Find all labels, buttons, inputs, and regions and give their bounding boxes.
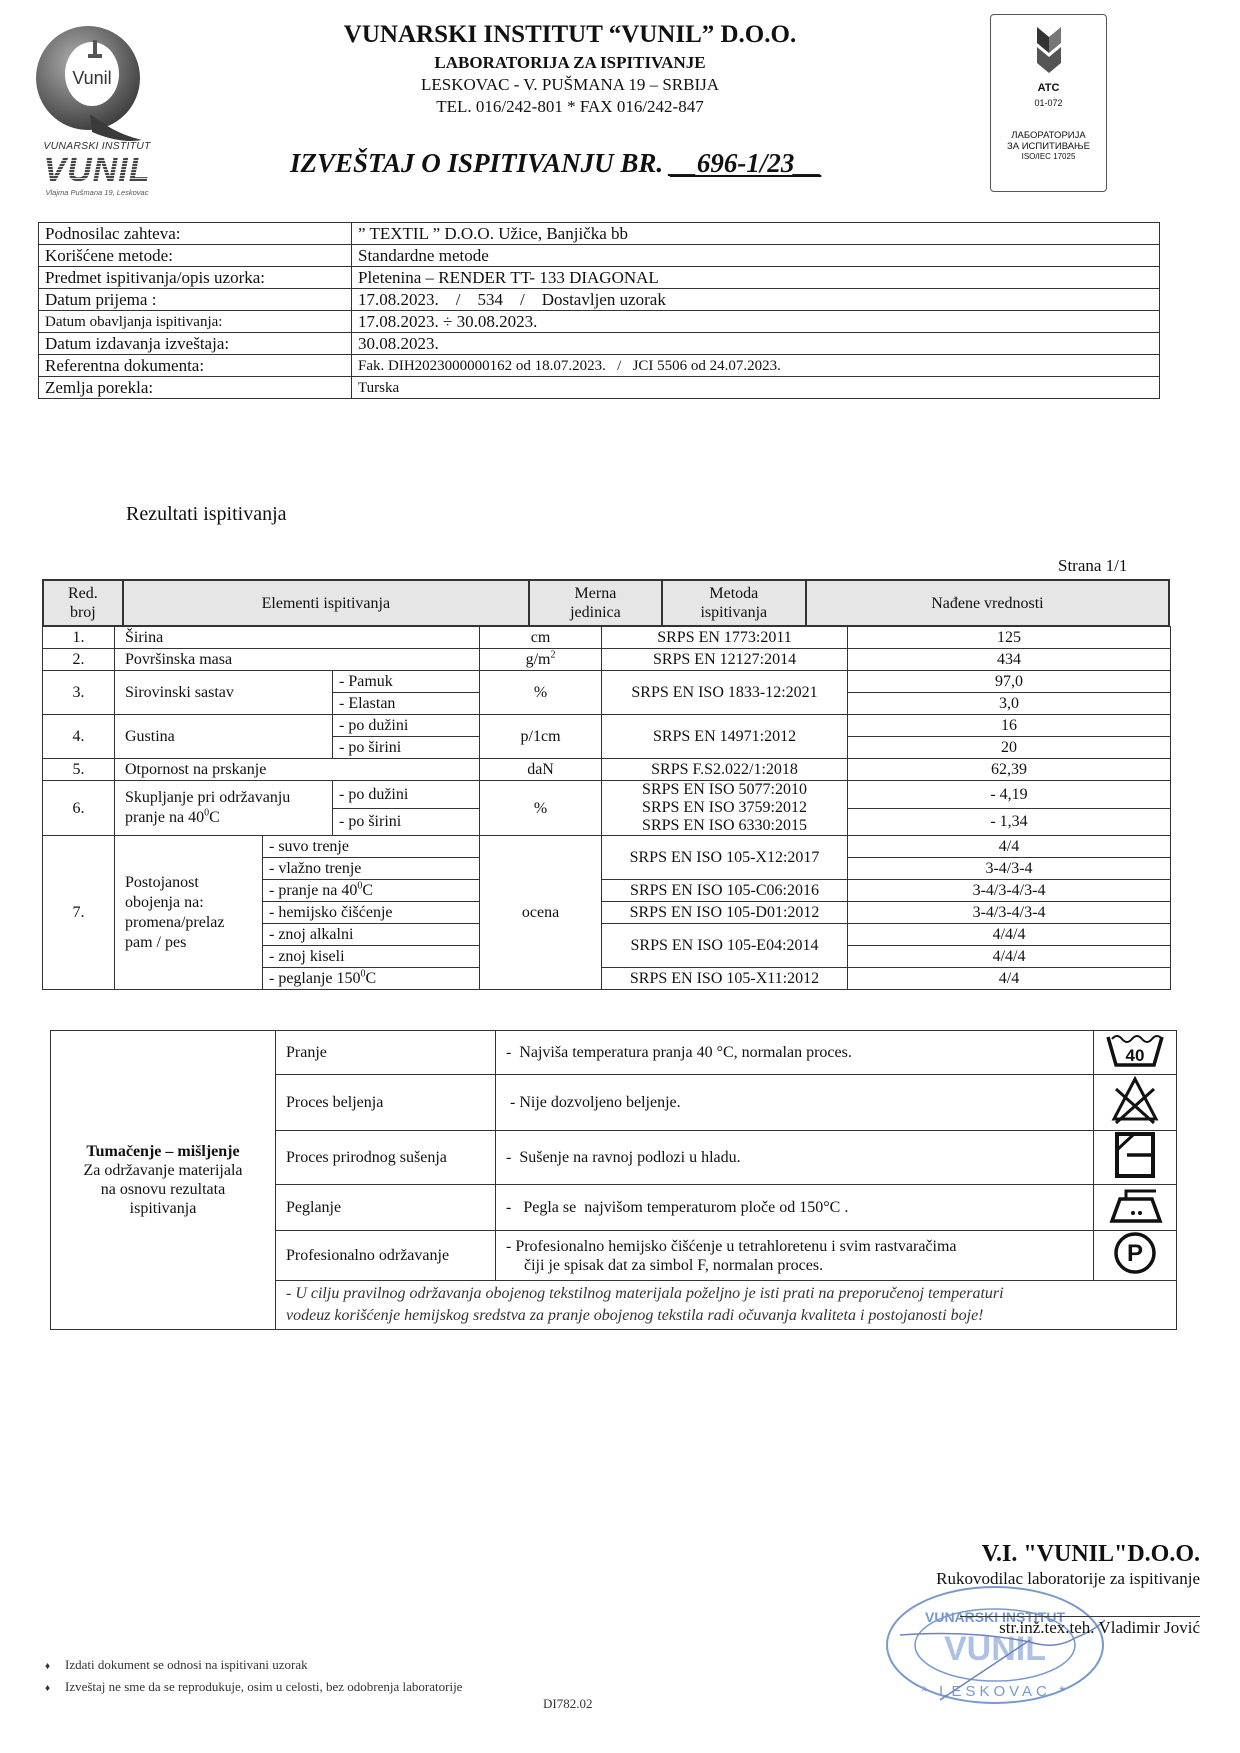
row-element: Skupljanje pri održavanjupranje na 400C — [115, 781, 333, 836]
result-row-7: 7. Postojanostobojenja na:promena/prelaz… — [43, 836, 1171, 858]
organization-phone: TEL. 016/242-801 * FAX 016/242-847 — [250, 96, 890, 118]
accreditation-label: ATC — [991, 82, 1106, 94]
report-title-prefix: IZVEŠTAJ O ISPITIVANJU BR. — [290, 148, 670, 178]
info-row: Datum prijema : 17.08.2023. / 534 / Dost… — [39, 289, 1160, 311]
row-unit: % — [480, 781, 602, 836]
care-category: Proces beljenja — [276, 1075, 496, 1131]
sample-info-table: Podnosilac zahteva: ” TEXTIL ” D.O.O. Už… — [38, 222, 1160, 399]
no-bleach-icon — [1094, 1075, 1177, 1131]
row-value: 4/4/4 — [848, 924, 1171, 946]
signatory-name: str.inž.tex.teh. Vladimir Jović — [870, 1617, 1200, 1639]
footer-note: ♦Izveštaj ne sme da se reprodukuje, osim… — [30, 1677, 462, 1699]
iron-medium-icon — [1094, 1185, 1177, 1231]
result-row-3: 3. Sirovinski sastav - Pamuk % SRPS EN I… — [43, 671, 1171, 693]
row-value: 3-4/3-4/3-4 — [848, 880, 1171, 902]
care-category: Profesionalno održavanje — [276, 1231, 496, 1281]
row-unit: cm — [480, 627, 602, 649]
letterhead: VUNARSKI INSTITUT “VUNIL” D.O.O. LABORAT… — [250, 20, 890, 118]
accreditation-line1: ЛАБОРАТОРИЈА — [991, 130, 1106, 141]
care-instruction: - Pegla se najvišom temperaturom ploče o… — [496, 1185, 1094, 1231]
logo-vunil-wordmark: VUNIL — [32, 152, 162, 188]
svg-text:P: P — [1127, 1240, 1143, 1267]
organization-name: VUNARSKI INSTITUT “VUNIL” D.O.O. — [250, 20, 890, 50]
row-element: Površinska masa — [115, 649, 480, 671]
result-row-4: 4. Gustina - po dužini p/1cm SRPS EN 149… — [43, 715, 1171, 737]
laboratory-name: LABORATORIJA ZA ISPITIVANJE — [250, 52, 890, 74]
care-row-washing: Tumačenje – mišljenje Za održavanje mate… — [51, 1031, 1177, 1075]
info-value: ” TEXTIL ” D.O.O. Užice, Banjička bb — [352, 223, 1160, 245]
row-value: 20 — [848, 737, 1171, 759]
col-header-value: Nađene vrednosti — [806, 580, 1169, 626]
info-row: Zemlja porekla: Turska — [39, 377, 1160, 399]
report-title: IZVEŠTAJ O ISPITIVANJU BR. __696-1/23__ — [290, 148, 821, 179]
row-no: 1. — [43, 627, 115, 649]
row-value: 4/4 — [848, 968, 1171, 990]
row-sub-element: - znoj kiseli — [263, 946, 480, 968]
signature-role: Rukovodilac laboratorije za ispitivanje — [870, 1568, 1200, 1590]
row-no: 6. — [43, 781, 115, 836]
row-element: Gustina — [115, 715, 333, 759]
page-number: Strana 1/1 — [1058, 556, 1127, 576]
vunil-text-logo: VUNARSKI INSTITUT VUNIL Vlajma Pušmana 1… — [32, 140, 162, 197]
care-instruction: - Nije dozvoljeno beljenje. — [496, 1075, 1094, 1131]
care-instruction: - Profesionalno hemijsko čišćenje u tetr… — [496, 1231, 1094, 1281]
diamond-bullet-icon: ♦ — [30, 1679, 65, 1699]
row-no: 7. — [43, 836, 115, 990]
atc-logo-icon — [1029, 23, 1069, 75]
accreditation-line2: ЗА ИСПИТИВАЊЕ — [991, 141, 1106, 152]
info-label: Podnosilac zahteva: — [39, 223, 352, 245]
results-table-body: 1. Širina cm SRPS EN 1773:2011 125 2. Po… — [42, 626, 1171, 990]
row-method: SRPS EN 14971:2012 — [602, 715, 848, 759]
accreditation-badge: ATC 01-072 ЛАБОРАТОРИЈА ЗА ИСПИТИВАЊЕ IS… — [990, 14, 1107, 192]
info-row: Datum izdavanja izveštaja: 30.08.2023. — [39, 333, 1160, 355]
info-value: 30.08.2023. — [352, 333, 1160, 355]
row-method: SRPS EN ISO 1833-12:2021 — [602, 671, 848, 715]
row-sub-element: - hemijsko čišćenje — [263, 902, 480, 924]
footer-notes: ♦Izdati dokument se odnosi na ispitivani… — [30, 1655, 462, 1699]
interpretation-summary: Tumačenje – mišljenje Za održavanje mate… — [51, 1031, 276, 1330]
row-sub-element: - Elastan — [333, 693, 480, 715]
results-header-row: Red.broj Elementi ispitivanja Mernajedin… — [43, 580, 1169, 626]
col-header-element: Elementi ispitivanja — [123, 580, 529, 626]
row-sub-element: - pranje na 400C — [263, 880, 480, 902]
row-no: 4. — [43, 715, 115, 759]
col-header-method: Metodaispitivanja — [662, 580, 806, 626]
row-method: SRPS EN ISO 105-E04:2014 — [602, 924, 848, 968]
row-element: Širina — [115, 627, 480, 649]
row-unit: ocena — [480, 836, 602, 990]
svg-text:40: 40 — [1126, 1046, 1145, 1065]
row-no: 5. — [43, 759, 115, 781]
care-category: Peglanje — [276, 1185, 496, 1231]
col-header-no: Red.broj — [43, 580, 123, 626]
footer-note: ♦Izdati dokument se odnosi na ispitivani… — [30, 1655, 462, 1677]
row-method: SRPS EN ISO 105-X11:2012 — [602, 968, 848, 990]
care-category: Proces prirodnog sušenja — [276, 1131, 496, 1185]
row-sub-element: - vlažno trenje — [263, 858, 480, 880]
info-label: Referentna dokumenta: — [39, 355, 352, 377]
row-method: SRPS F.S2.022/1:2018 — [602, 759, 848, 781]
row-value: - 4,19 — [848, 781, 1171, 809]
row-method: SRPS EN ISO 105-C06:2016 — [602, 880, 848, 902]
result-row-6: 6. Skupljanje pri održavanjupranje na 40… — [43, 781, 1171, 809]
row-value: 3-4/3-4 — [848, 858, 1171, 880]
results-table: Red.broj Elementi ispitivanja Mernajedin… — [42, 579, 1170, 627]
row-element: Postojanostobojenja na:promena/prelazpam… — [115, 836, 263, 990]
care-instruction: - Najviša temperatura pranja 40 °C, norm… — [496, 1031, 1094, 1075]
care-interpretation-table: Tumačenje – mišljenje Za održavanje mate… — [50, 1030, 1177, 1330]
row-value: 3-4/3-4/3-4 — [848, 902, 1171, 924]
dry-clean-p-icon: P — [1094, 1231, 1177, 1281]
row-sub-element: - Pamuk — [333, 671, 480, 693]
result-row-1: 1. Širina cm SRPS EN 1773:2011 125 — [43, 627, 1171, 649]
signature-line — [960, 1590, 1200, 1617]
row-method: SRPS EN 1773:2011 — [602, 627, 848, 649]
interpretation-title: Tumačenje – mišljenje — [86, 1143, 239, 1160]
signature-company: V.I. "VUNIL"D.O.O. — [870, 1540, 1200, 1568]
row-method: SRPS EN ISO 105-D01:2012 — [602, 902, 848, 924]
row-sub-element: - peglanje 1500C — [263, 968, 480, 990]
info-label: Datum prijema : — [39, 289, 352, 311]
row-value: 4/4/4 — [848, 946, 1171, 968]
info-label: Predmet ispitivanja/opis uzorka: — [39, 267, 352, 289]
col-header-unit: Mernajedinica — [529, 580, 662, 626]
info-value: 17.08.2023. / 534 / Dostavljen uzorak — [352, 289, 1160, 311]
document-code: DI782.02 — [543, 1696, 592, 1712]
row-element: Sirovinski sastav — [115, 671, 333, 715]
logo-address: Vlajma Pušmana 19, Leskovac — [32, 188, 162, 197]
row-no: 3. — [43, 671, 115, 715]
row-method: SRPS EN ISO 105-X12:2017 — [602, 836, 848, 880]
row-value: 4/4 — [848, 836, 1171, 858]
info-row: Predmet ispitivanja/opis uzorka: Pleteni… — [39, 267, 1160, 289]
organization-address: LESKOVAC - V. PUŠMANA 19 – SRBIJA — [250, 74, 890, 96]
row-sub-element: - po dužini — [333, 715, 480, 737]
row-value: 434 — [848, 649, 1171, 671]
diamond-bullet-icon: ♦ — [30, 1657, 65, 1677]
result-row-2: 2. Površinska masa g/m2 SRPS EN 12127:20… — [43, 649, 1171, 671]
info-row: Podnosilac zahteva: ” TEXTIL ” D.O.O. Už… — [39, 223, 1160, 245]
svg-text:Vunil: Vunil — [72, 68, 111, 88]
results-heading: Rezultati ispitivanja — [126, 503, 287, 526]
row-unit: g/m2 — [480, 649, 602, 671]
row-sub-element: - po širini — [333, 808, 480, 836]
care-category: Pranje — [276, 1031, 496, 1075]
row-element: Otpornost na prskanje — [115, 759, 480, 781]
row-unit: % — [480, 671, 602, 715]
info-label: Datum obavljanja ispitivanja: — [39, 311, 352, 333]
vunil-q-logo: Vunil — [30, 22, 150, 142]
dry-flat-shade-icon — [1094, 1131, 1177, 1185]
care-note: - U cilju pravilnog održavanja obojenog … — [276, 1281, 1177, 1330]
row-value: 125 — [848, 627, 1171, 649]
row-value: 16 — [848, 715, 1171, 737]
row-value: 97,0 — [848, 671, 1171, 693]
wash-40-icon: 40 — [1094, 1031, 1177, 1075]
report-number: __696-1/23__ — [670, 148, 822, 178]
row-method: SRPS EN 12127:2014 — [602, 649, 848, 671]
care-instruction: - Sušenje na ravnoj podlozi u hladu. — [496, 1131, 1094, 1185]
row-no: 2. — [43, 649, 115, 671]
info-label: Datum izdavanja izveštaja: — [39, 333, 352, 355]
info-label: Zemlja porekla: — [39, 377, 352, 399]
signature-block: V.I. "VUNIL"D.O.O. Rukovodilac laborator… — [870, 1540, 1200, 1639]
row-sub-element: - po širini — [333, 737, 480, 759]
info-row: Datum obavljanja ispitivanja: 17.08.2023… — [39, 311, 1160, 333]
row-value: 3,0 — [848, 693, 1171, 715]
info-value: 17.08.2023. ÷ 30.08.2023. — [352, 311, 1160, 333]
row-method: SRPS EN ISO 5077:2010SRPS EN ISO 3759:20… — [602, 781, 848, 836]
info-label: Korišćene metode: — [39, 245, 352, 267]
row-value: - 1,34 — [848, 808, 1171, 836]
row-sub-element: - znoj alkalni — [263, 924, 480, 946]
row-sub-element: - po dužini — [333, 781, 480, 809]
row-unit: p/1cm — [480, 715, 602, 759]
row-sub-element: - suvo trenje — [263, 836, 480, 858]
info-row: Referentna dokumenta: Fak. DIH2023000000… — [39, 355, 1160, 377]
info-value: Pletenina – RENDER TT- 133 DIAGONAL — [352, 267, 1160, 289]
accreditation-code: 01-072 — [991, 98, 1106, 108]
info-row: Korišćene metode: Standardne metode — [39, 245, 1160, 267]
info-value: Turska — [352, 377, 1160, 399]
info-value: Fak. DIH2023000000162 od 18.07.2023. / J… — [352, 355, 1160, 377]
row-value: 62,39 — [848, 759, 1171, 781]
info-value: Standardne metode — [352, 245, 1160, 267]
result-row-5: 5. Otpornost na prskanje daN SRPS F.S2.0… — [43, 759, 1171, 781]
row-unit: daN — [480, 759, 602, 781]
accreditation-standard: ISO/IEC 17025 — [991, 152, 1106, 162]
